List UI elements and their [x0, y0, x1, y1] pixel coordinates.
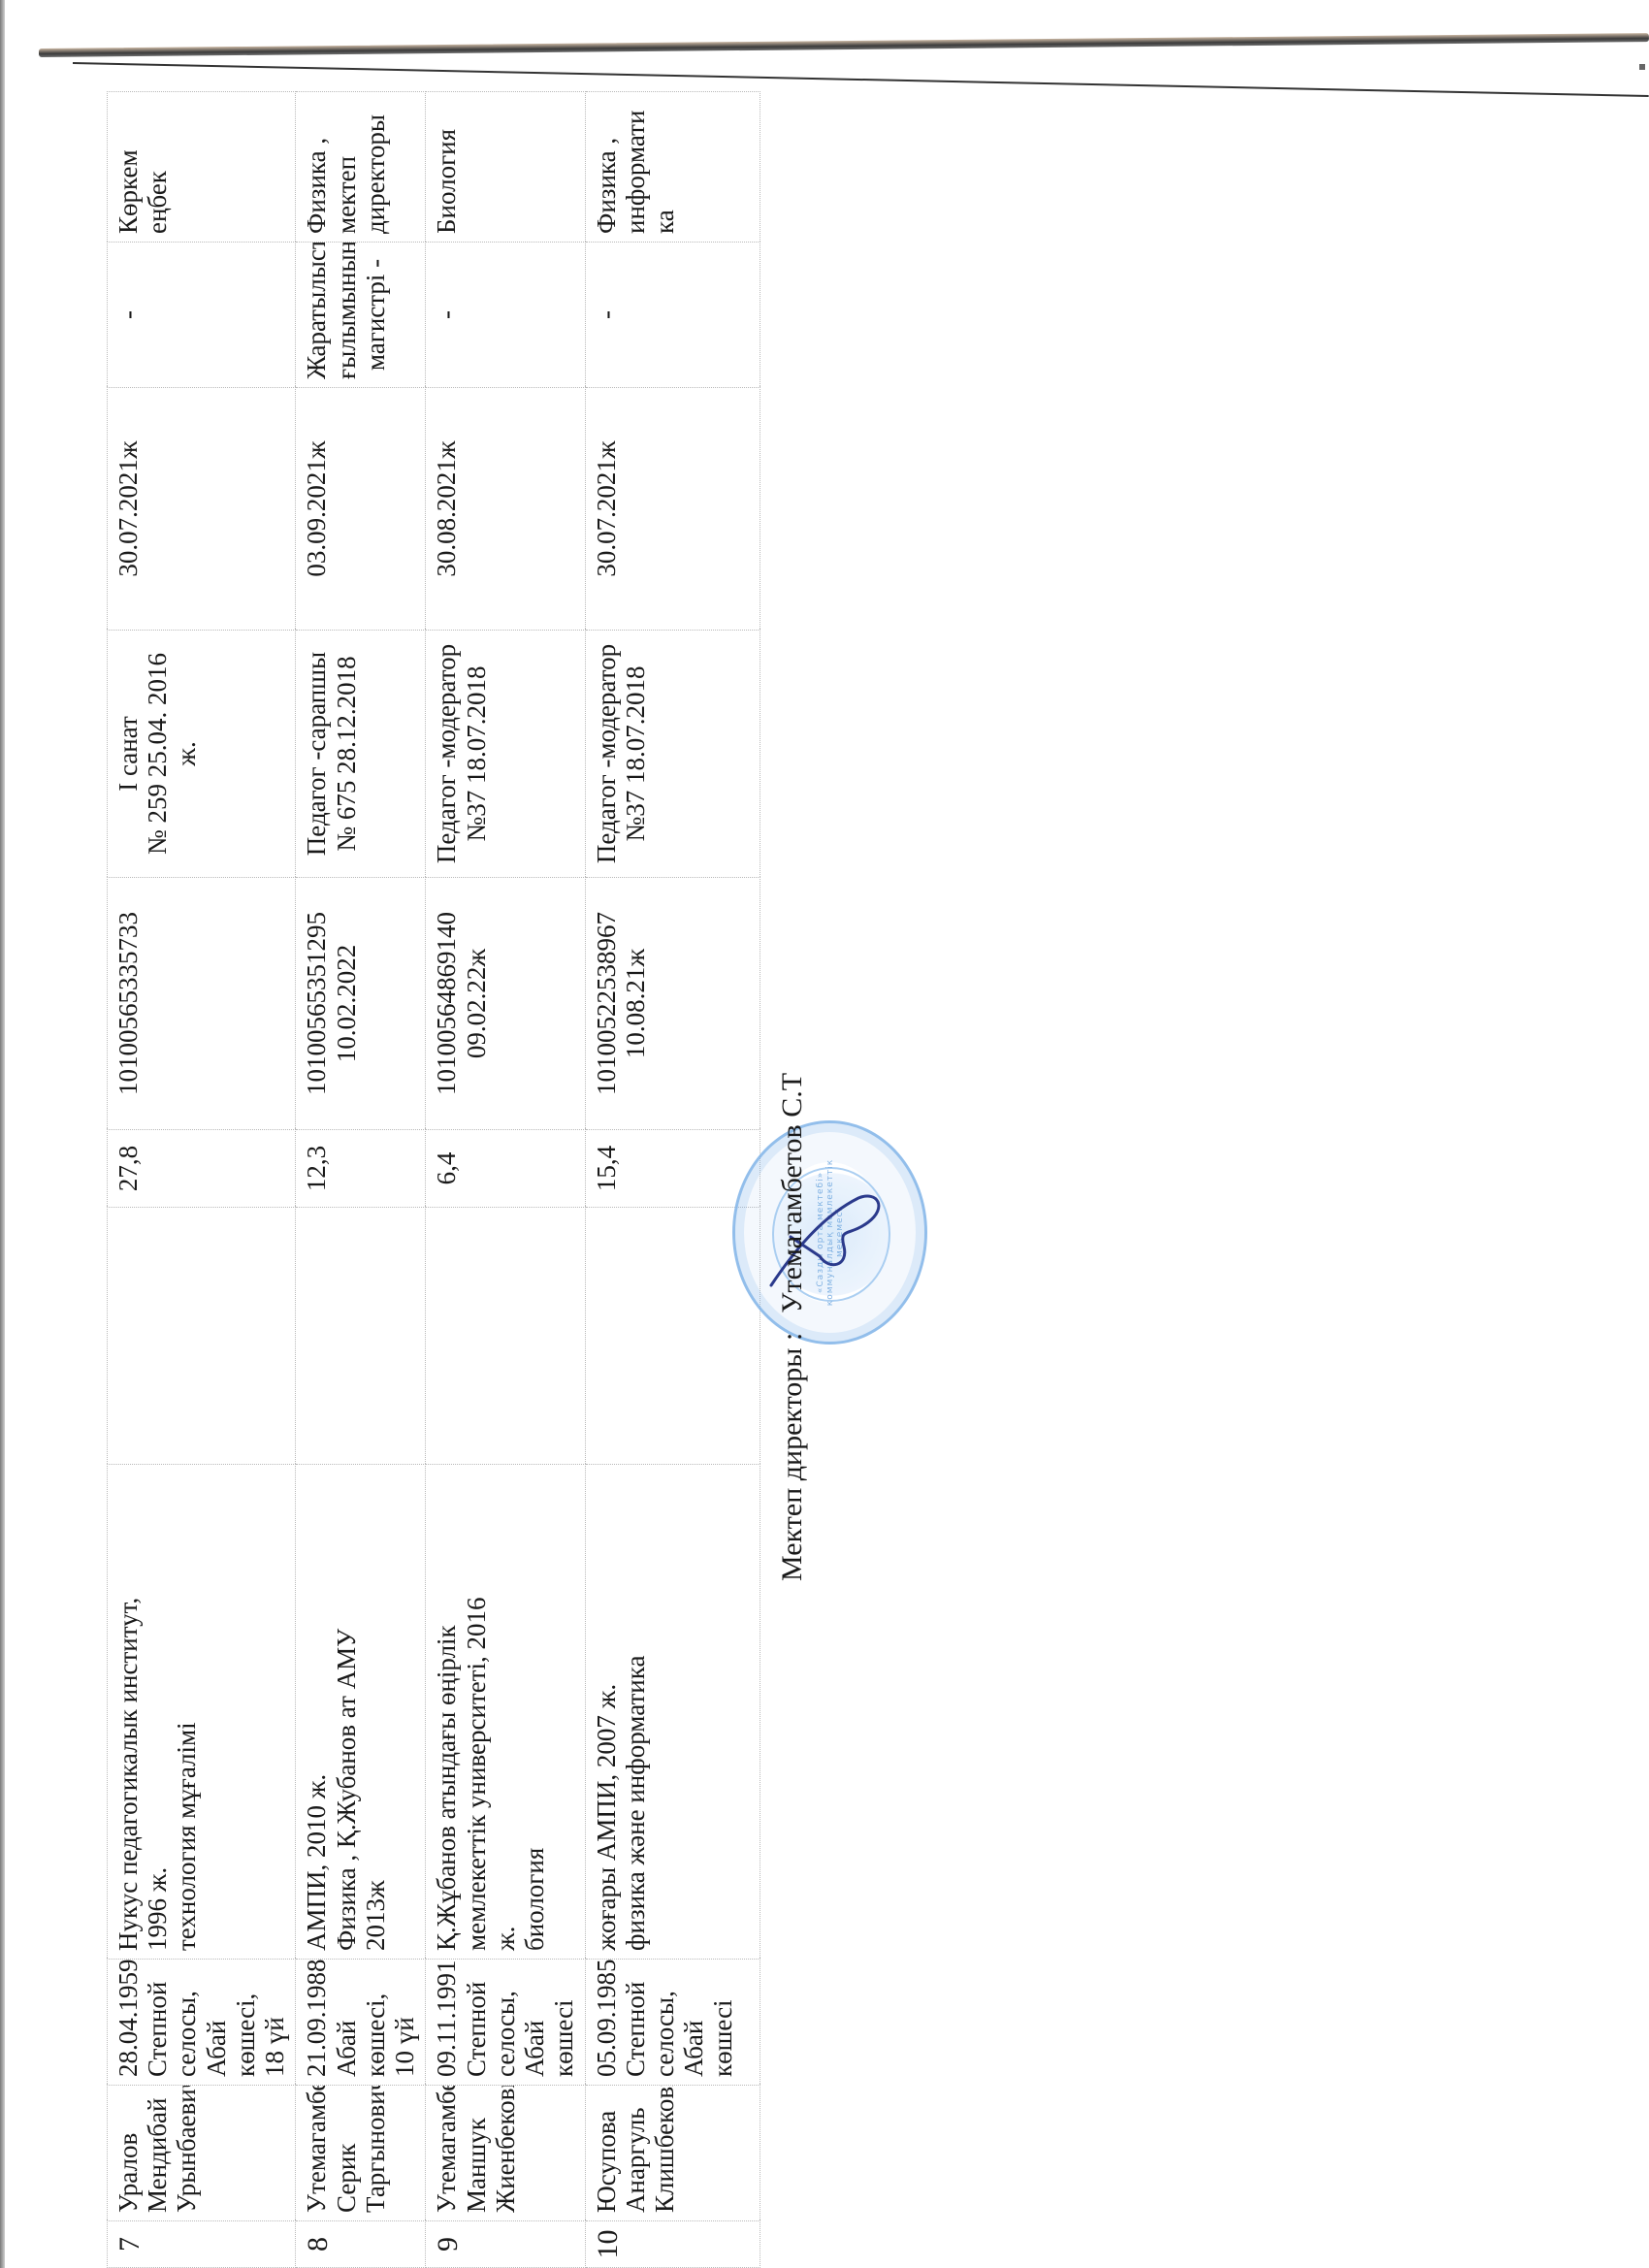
certificate-line: 10.08.21ж — [621, 886, 650, 1121]
education: АМПИ, 2010 ж.Физика , Қ.Жубанов ат АМУ20… — [296, 1465, 426, 1960]
education: жоғары АМПИ, 2007 ж.физика және информат… — [585, 1465, 760, 1960]
category-line: Педагог -модератор — [592, 638, 621, 869]
category-line: № 259 25.04. 2016 ж. — [143, 638, 201, 869]
subject: Көркемеңбек — [108, 92, 296, 243]
education-line: Нукус педагогикалык институт, — [113, 1473, 143, 1951]
full-name: УраловМендибайУрынбаевич — [108, 2086, 296, 2221]
course-date: 03.09.2021ж — [296, 388, 426, 631]
category: Педагог -сарапшы№ 675 28.12.2018 — [296, 631, 426, 878]
birth-address-line: Степной — [462, 1967, 491, 2077]
rotated-table-container: 7УраловМендибайУрынбаевич28.04.1959Степн… — [107, 92, 645, 2268]
full-name-line: Анаргуль — [621, 2093, 650, 2213]
full-name-line: Клишбековна — [650, 2093, 679, 2213]
education-line: мемлекеттік университеті, 2016 — [462, 1473, 491, 1951]
row-number: 7 — [108, 2221, 296, 2268]
birth-address-line: 28.04.1959 — [113, 1967, 143, 2077]
table-row: 9УтемагамбетоваМаншукЖиенбековна09.11.19… — [426, 92, 585, 2268]
certificate-line: 10100522538967 — [592, 886, 621, 1121]
degree: - — [108, 243, 296, 388]
birth-address-line: селосы, Абай — [650, 1967, 708, 2077]
signature-mark — [752, 1179, 897, 1295]
education-line: Қ.Жұбанов атындағы өңірлік — [432, 1473, 461, 1951]
staff-table: 7УраловМендибайУрынбаевич28.04.1959Степн… — [107, 91, 760, 2268]
certificate-line: 10100564869140 — [432, 886, 461, 1121]
education-line: физика және информатика — [621, 1473, 650, 1951]
certificate: 1010056486914009.02.22ж — [426, 878, 585, 1130]
education-line: технология мұғалімі — [172, 1473, 201, 1951]
subject: Физика ,мектепдиректоры — [296, 92, 426, 243]
subject-line: информати — [621, 100, 650, 234]
category-line: № 675 28.12.2018 — [332, 638, 361, 869]
full-name-line: Серик — [332, 2093, 361, 2213]
subject-line: ка — [650, 100, 679, 234]
subject-line: Биология — [432, 100, 461, 234]
subject: Биология — [426, 92, 585, 243]
education-line: 2013ж — [361, 1473, 390, 1951]
signature-name: Утемагамбетов С.Т — [776, 1073, 809, 1313]
full-name-line: Таргынович — [361, 2093, 390, 2213]
degree: Жаратылыстану ғылымының магистрі - — [296, 243, 426, 388]
full-name-line: Урынбаевич — [172, 2093, 201, 2213]
experience: 27,8 — [108, 1130, 296, 1208]
subject: Физика ,информатика — [585, 92, 760, 243]
full-name-line: Маншук — [462, 2093, 491, 2213]
empty-cell — [296, 1208, 426, 1465]
birth-address: 21.09.1988Абай көшесі,10 үй — [296, 1960, 426, 2086]
certificate: 10100565335733 — [108, 878, 296, 1130]
row-number: 8 — [296, 2221, 426, 2268]
birth-address-line: көшесі, 18 үй — [231, 1967, 289, 2077]
full-name-line: Юсупова — [592, 2093, 621, 2213]
row-number: 10 — [585, 2221, 760, 2268]
category: Педагог -модератор№37 18.07.2018 — [426, 631, 585, 878]
experience: 6,4 — [426, 1130, 585, 1208]
birth-address-line: Абай көшесі, — [332, 1967, 390, 2077]
scan-artifact-bar — [39, 33, 1649, 57]
category-line: Педагог -сарапшы — [302, 638, 331, 869]
education-line: Физика , Қ.Жубанов ат АМУ — [332, 1473, 361, 1951]
empty-cell — [426, 1208, 585, 1465]
birth-address: 09.11.1991Степнойселосы, Абайкөшесі — [426, 1960, 585, 2086]
birth-address-line: 09.11.1991 — [432, 1967, 461, 2077]
subject-line: Көркем — [113, 100, 143, 234]
subject-line: директоры — [361, 100, 390, 234]
birth-address-line: селосы, Абай — [491, 1967, 549, 2077]
education-line: биология — [520, 1473, 549, 1951]
certificate: 1010052253896710.08.21ж — [585, 878, 760, 1130]
subject-line: Физика , — [302, 100, 331, 234]
signature-label: Мектеп директоры : — [776, 1333, 809, 1581]
subject-line: еңбек — [143, 100, 172, 234]
full-name: ЮсуповаАнаргульКлишбековна — [585, 2086, 760, 2221]
birth-address: 05.09.1985Степнойселосы, Абайкөшесі — [585, 1960, 760, 2086]
category-line: I санат — [113, 638, 143, 869]
full-name-line: Утемагамбетова — [432, 2093, 461, 2213]
scan-artifact-mark — [1639, 64, 1645, 70]
category-line: №37 18.07.2018 — [621, 638, 650, 869]
scan-edge — [0, 0, 5, 2268]
birth-address-line: көшесі — [549, 1967, 578, 2077]
birth-address: 28.04.1959Степнойселосы, Абайкөшесі, 18 … — [108, 1960, 296, 2086]
category-line: Педагог -модератор — [432, 638, 461, 869]
experience: 12,3 — [296, 1130, 426, 1208]
empty-cell — [108, 1208, 296, 1465]
birth-address-line: көшесі — [708, 1967, 737, 2077]
certificate-line: 09.02.22ж — [462, 886, 491, 1121]
birth-address-line: 21.09.1988 — [302, 1967, 331, 2077]
certificate: 1010056535129510.02.2022 — [296, 878, 426, 1130]
table-row: 8УтемагамбетовСерикТаргынович21.09.1988А… — [296, 92, 426, 2268]
birth-address-line: селосы, Абай — [172, 1967, 230, 2077]
certificate-line: 10100565351295 — [302, 886, 331, 1121]
education-line: жоғары АМПИ, 2007 ж. — [592, 1473, 621, 1951]
full-name: УтемагамбетоваМаншукЖиенбековна — [426, 2086, 585, 2221]
category-line: №37 18.07.2018 — [462, 638, 491, 869]
birth-address-line: 05.09.1985 — [592, 1967, 621, 2077]
subject-line: мектеп — [332, 100, 361, 234]
course-date: 30.07.2021ж — [585, 388, 760, 631]
full-name-line: Уралов — [113, 2093, 143, 2213]
birth-address-line: Степной — [621, 1967, 650, 2077]
education-line: ж. — [491, 1473, 520, 1951]
signature-line: Мектеп директоры : Утемагамбетов С.Т — [776, 1073, 809, 1581]
certificate-line: 10100565335733 — [113, 886, 143, 1121]
full-name-line: Мендибай — [143, 2093, 172, 2213]
birth-address-line: 10 үй — [390, 1967, 419, 2077]
education-line: АМПИ, 2010 ж. — [302, 1473, 331, 1951]
education: Қ.Жұбанов атындағы өңірлікмемлекеттік ун… — [426, 1465, 585, 1960]
birth-address-line: Степной — [143, 1967, 172, 2077]
category: I санат№ 259 25.04. 2016 ж. — [108, 631, 296, 878]
full-name-line: Жиенбековна — [491, 2093, 520, 2213]
row-number: 9 — [426, 2221, 585, 2268]
table-row: 7УраловМендибайУрынбаевич28.04.1959Степн… — [108, 92, 296, 2268]
education: Нукус педагогикалык институт,1996 ж.техн… — [108, 1465, 296, 1960]
degree: - — [426, 243, 585, 388]
category: Педагог -модератор№37 18.07.2018 — [585, 631, 760, 878]
education-line: 1996 ж. — [143, 1473, 172, 1951]
full-name-line: Утемагамбетов — [302, 2093, 331, 2213]
course-date: 30.07.2021ж — [108, 388, 296, 631]
course-date: 30.08.2021ж — [426, 388, 585, 631]
subject-line: Физика , — [592, 100, 621, 234]
certificate-line: 10.02.2022 — [332, 886, 361, 1121]
full-name: УтемагамбетовСерикТаргынович — [296, 2086, 426, 2221]
degree: - — [585, 243, 760, 388]
